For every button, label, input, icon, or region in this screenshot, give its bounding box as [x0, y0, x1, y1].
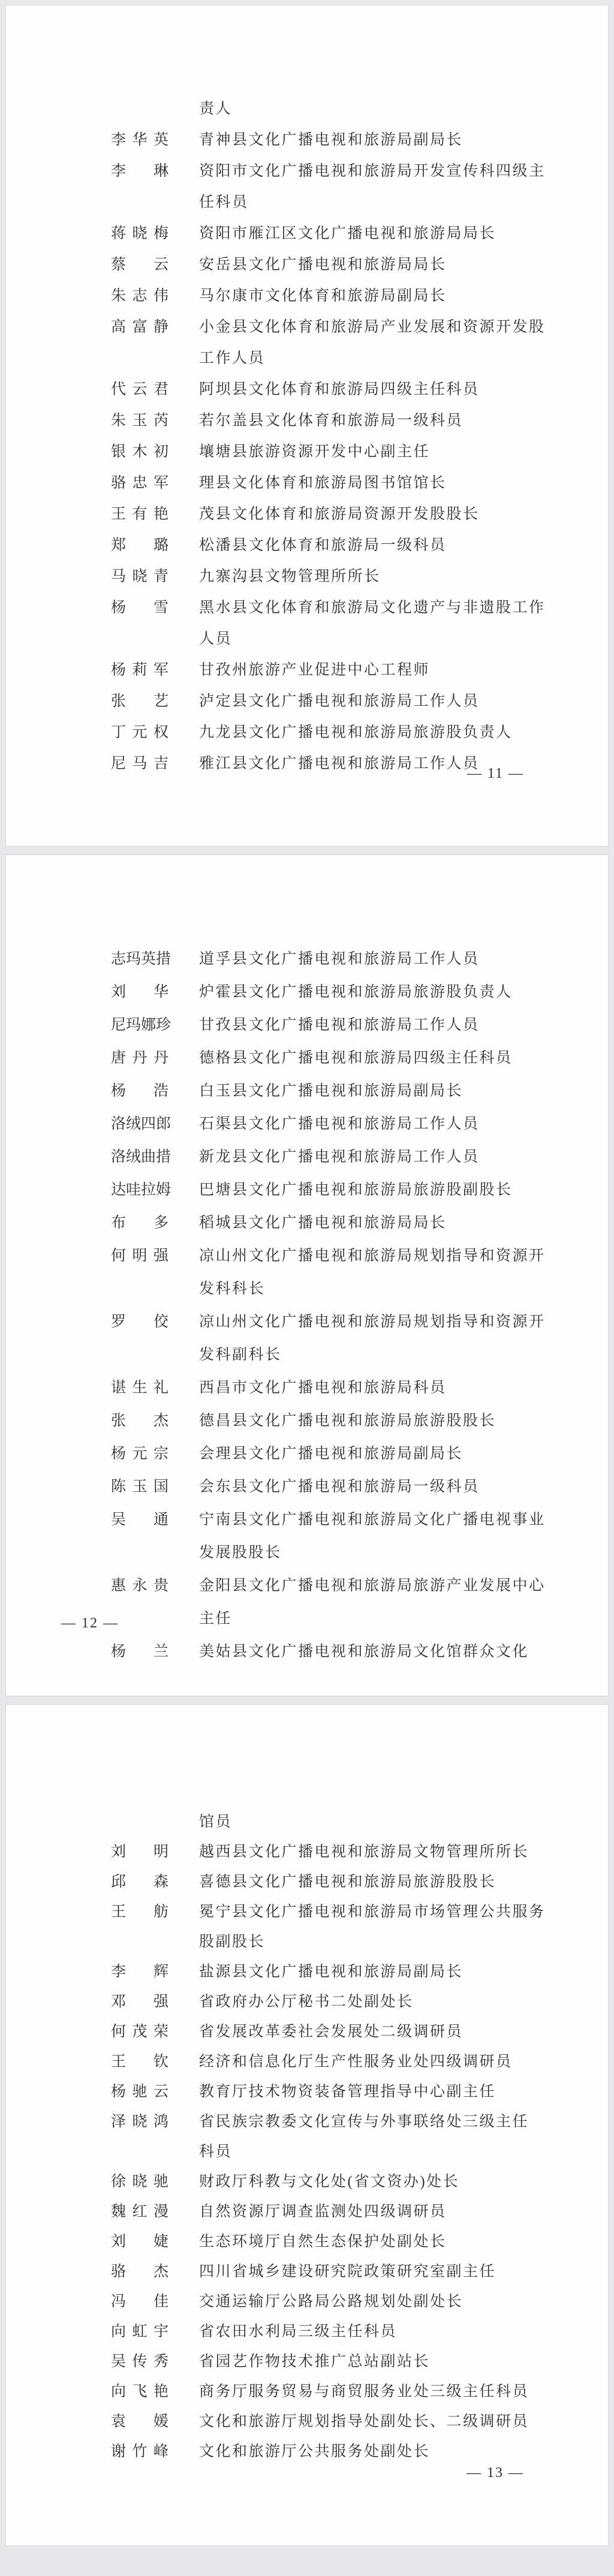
entry-name-char: 漫 — [153, 2204, 168, 2219]
entry-name: 何明强 — [111, 1248, 168, 1263]
entry-name-char: 贵 — [153, 1578, 168, 1593]
entry-name-char: 玛 — [126, 1018, 141, 1033]
entry-name: 陈玉国 — [111, 1479, 168, 1494]
entry-row: 科员 — [6, 2136, 608, 2166]
entry-row: 志玛英措道孚县文化广播电视和旅游局工作人员 — [6, 943, 608, 976]
entry-name-char: 蒋 — [111, 226, 126, 241]
entry-name-char: 银 — [111, 444, 126, 459]
entry-row: 责人 — [6, 93, 608, 124]
entry-title-line: 省发展改革委社会发展处二级调研员 — [199, 2024, 463, 2039]
entry-name-char: 荣 — [153, 2024, 168, 2039]
entry-name-char: 杰 — [153, 1413, 168, 1428]
entry-row: 郑璐松潘县文化体育和旅游局一级科员 — [6, 529, 608, 561]
entry-name: 高富静 — [111, 320, 168, 335]
entry-name-char: 何 — [111, 2024, 126, 2039]
entry-name: 王钦 — [111, 2054, 168, 2069]
entry-title-line: 泸定县文化广播电视和旅游局工作人员 — [199, 694, 480, 709]
entry-name-char: 冯 — [111, 2294, 126, 2309]
entry-name-char: 骆 — [111, 476, 126, 490]
entry-name-char: 虹 — [132, 2324, 147, 2339]
entry-row: 丁元权九龙县文化广播电视和旅游局旅游股负责人 — [6, 717, 608, 748]
entry-name: 杨浩 — [111, 1084, 168, 1099]
entry-title-line: 宁南县文化广播电视和旅游局文化广播电视事业 — [199, 1512, 546, 1527]
entry-name: 洛绒曲措 — [111, 1149, 168, 1164]
entry-name-char: 娜 — [141, 1018, 156, 1033]
entry-title-line: 茂县文化体育和旅游局资源开发股股长 — [199, 507, 480, 522]
entry-name-char: 云 — [153, 2084, 168, 2099]
entry-name-char: 吴 — [111, 1512, 126, 1527]
entry-row: 惠永贵金阳县文化广播电视和旅游局旅游产业发展中心 — [6, 1569, 608, 1602]
entry-name: 邓强 — [111, 1994, 168, 2009]
entry-name-char: 晓 — [132, 569, 147, 584]
entry-row: 袁媛文化和旅游厅规划指导处副处长、二级调研员 — [6, 2406, 608, 2436]
entry-name: 尼马吉 — [111, 756, 168, 771]
entry-name: 洛绒四郎 — [111, 1117, 168, 1131]
entry-name-char: 向 — [111, 2324, 126, 2339]
entry-name: 王舫 — [111, 1904, 168, 1919]
entry-name: 向飞艳 — [111, 2384, 168, 2399]
entry-name: 杨元宗 — [111, 1446, 168, 1461]
entry-name-char: 英 — [141, 952, 156, 967]
entry-title-line: 盐源县文化广播电视和旅游局副局长 — [199, 1964, 463, 1979]
entry-name-char: 明 — [153, 1844, 168, 1859]
entry-row: 杨雪黑水县文化体育和旅游局文化遗产与非遗股工作 — [6, 592, 608, 623]
entry-title-line: 安岳县文化广播电视和旅游局局长 — [199, 257, 447, 272]
entry-name-char: 拉 — [141, 1182, 156, 1197]
entry-title-line: 雅江县文化广播电视和旅游局工作人员 — [199, 756, 480, 771]
entry-title-line: 新龙县文化广播电视和旅游局工作人员 — [199, 1149, 480, 1164]
entry-name-char: 云 — [153, 257, 168, 272]
page-number-footer: — 12 — — [61, 1615, 119, 1632]
entry-name: 王有艳 — [111, 507, 168, 522]
entry-title-line: 自然资源厅调查监测处四级调研员 — [199, 2204, 447, 2219]
entry-name-char: 通 — [153, 1512, 168, 1527]
entry-name-char: 志 — [111, 952, 126, 967]
entry-name-char: 舫 — [153, 1904, 168, 1919]
entry-name-char: 佳 — [153, 2294, 168, 2309]
entry-title-line: 会东县文化广播电视和旅游局一级科员 — [199, 1479, 480, 1494]
entry-name-char: 宇 — [153, 2324, 168, 2339]
entry-name-char: 李 — [111, 1964, 126, 1979]
entry-name-char: 马 — [132, 756, 147, 771]
entry-name-char: 刘 — [111, 2234, 126, 2249]
entry-name: 丁元权 — [111, 725, 168, 740]
entry-name: 刘婕 — [111, 2234, 168, 2249]
entry-title-line: 资阳市文化广播电视和旅游局开发宣传科四级主 — [199, 164, 546, 179]
entry-row: 唐丹丹德格县文化广播电视和旅游局四级主任科员 — [6, 1042, 608, 1075]
entries-list: 志玛英措道孚县文化广播电视和旅游局工作人员刘华炉霍县文化广播电视和旅游局旅游股负… — [6, 855, 608, 1668]
entry-title-line: 生态环境厅自然生态保护处副处长 — [199, 2234, 447, 2249]
entry-title-line: 小金县文化体育和旅游局产业发展和资源开发股 — [199, 320, 546, 335]
entry-title-line: 商务厅服务贸易与商贸服务业处三级主任科员 — [199, 2384, 529, 2399]
entry-title-line: 美姑县文化广播电视和旅游局文化馆群众文化 — [199, 1644, 529, 1659]
entry-name: 罗佼 — [111, 1314, 168, 1329]
entry-name-char: 杨 — [111, 1084, 126, 1099]
entry-title-line: 稻城县文化广播电视和旅游局局长 — [199, 1215, 447, 1230]
entry-row: 邓强省政府办公厅秘书二处副处长 — [6, 1987, 608, 2017]
entry-name-char: 宗 — [153, 1446, 168, 1461]
entry-name: 杨兰 — [111, 1644, 168, 1659]
entry-name-char: 青 — [153, 569, 168, 584]
entry-row: 马晓青九寨沟县文物管理所所长 — [6, 561, 608, 592]
entry-name-char: 惠 — [111, 1578, 126, 1593]
entry-row: 发科科长 — [6, 1272, 608, 1305]
entry-name-char: 徐 — [111, 2174, 126, 2189]
entry-title-line: 黑水县文化体育和旅游局文化遗产与非遗股工作 — [199, 600, 546, 615]
page-number-footer: — 11 — — [467, 766, 524, 782]
entry-title-line: 省农田水利局三级主任科员 — [199, 2324, 397, 2339]
entry-title-line: 馆员 — [199, 1814, 232, 1829]
entry-name-char: 艺 — [153, 694, 168, 709]
entry-title-line: 喜德县文化广播电视和旅游局旅游股股长 — [199, 1874, 496, 1889]
entry-name-char: 传 — [132, 2354, 147, 2369]
entry-name-char: 红 — [132, 2204, 147, 2219]
document-viewer: 责人李华英青神县文化广播电视和旅游局副局长李琳资阳市文化广播电视和旅游局开发宣传… — [0, 0, 614, 2568]
entry-name-char: 秀 — [153, 2354, 168, 2369]
entry-title-line: 文化和旅游厅规划指导处副处长、二级调研员 — [199, 2414, 529, 2429]
entry-title-line: 德格县文化广播电视和旅游局四级主任科员 — [199, 1051, 513, 1066]
entry-name-char: 刘 — [111, 985, 126, 1000]
entry-title-line: 发科科长 — [199, 1281, 265, 1296]
entry-name-char: 杨 — [111, 2084, 126, 2099]
entry-name: 泽晓鸿 — [111, 2114, 168, 2129]
entry-row: 尼玛娜珍甘孜县文化广播电视和旅游局工作人员 — [6, 1009, 608, 1042]
entry-name-char: 郎 — [156, 1117, 171, 1131]
entry-row: 布多稻城县文化广播电视和旅游局局长 — [6, 1206, 608, 1239]
entry-name-char: 艳 — [153, 2384, 168, 2399]
entry-row: 发展股股长 — [6, 1536, 608, 1569]
entry-name-char: 玉 — [132, 1479, 147, 1494]
entry-name-char: 罗 — [111, 1314, 126, 1329]
entry-name-char: 婕 — [153, 2234, 168, 2249]
entry-row: 刘婕生态环境厅自然生态保护处副处长 — [6, 2226, 608, 2256]
entry-name: 达哇拉姆 — [111, 1182, 168, 1197]
entry-name-char: 初 — [153, 444, 168, 459]
entry-row: 谌生礼西昌市文化广播电视和旅游局科员 — [6, 1371, 608, 1404]
entry-name-char: 刘 — [111, 1844, 126, 1859]
entry-name-char: 洛 — [111, 1149, 126, 1164]
entry-name-char: 唐 — [111, 1051, 126, 1066]
entry-name-char: 杰 — [153, 2264, 168, 2279]
entry-name-char: 郑 — [111, 538, 126, 553]
entry-name-char: 王 — [111, 1904, 126, 1919]
entry-name-char: 珍 — [156, 1018, 171, 1033]
entry-title-line: 科员 — [199, 2144, 232, 2159]
entry-name: 吴传秀 — [111, 2354, 168, 2369]
entry-row: 代云君阿坝县文化体育和旅游局四级主任科员 — [6, 374, 608, 405]
entry-name: 谌生礼 — [111, 1380, 168, 1395]
entry-name: 骆忠军 — [111, 476, 168, 490]
entry-row: 高富静小金县文化体育和旅游局产业发展和资源开发股 — [6, 311, 608, 342]
entry-name: 刘明 — [111, 1844, 168, 1859]
entry-name-char: 达 — [111, 1182, 126, 1197]
entry-row: 人员 — [6, 623, 608, 654]
entry-name-char: 朱 — [111, 288, 126, 303]
entry-name-char: 杨 — [111, 1446, 126, 1461]
entry-name-char: 谢 — [111, 2444, 126, 2459]
entry-title-line: 财政厅科教与文化处(省文资办)处长 — [199, 2174, 459, 2189]
entry-name-char: 绒 — [126, 1117, 141, 1131]
entry-title-line: 省园艺作物技术推广总站副站长 — [199, 2354, 430, 2369]
entry-row: 罗佼凉山州文化广播电视和旅游局规划指导和资源开 — [6, 1305, 608, 1338]
entry-row: 朱玉芮若尔盖县文化体育和旅游局一级科员 — [6, 405, 608, 436]
entry-row: 骆忠军理县文化体育和旅游局图书馆馆长 — [6, 467, 608, 498]
entry-name-char: 邓 — [111, 1994, 126, 2009]
entry-name: 志玛英措 — [111, 952, 168, 967]
entry-name-char: 王 — [111, 507, 126, 522]
entry-title-line: 甘孜县文化广播电视和旅游局工作人员 — [199, 1018, 480, 1033]
entry-name: 冯佳 — [111, 2294, 168, 2309]
entry-title-line: 责人 — [199, 101, 232, 116]
entry-name-char: 向 — [111, 2384, 126, 2399]
entry-name: 杨雪 — [111, 600, 168, 615]
page-12: 志玛英措道孚县文化广播电视和旅游局工作人员刘华炉霍县文化广播电视和旅游局旅游股负… — [5, 854, 609, 1696]
entry-name-char: 辉 — [153, 1964, 168, 1979]
entry-name-char: 驰 — [132, 2084, 147, 2099]
entry-name-char: 李 — [111, 164, 126, 179]
entry-name-char: 谌 — [111, 1380, 126, 1395]
entry-name: 银木初 — [111, 444, 168, 459]
entry-title-line: 经济和信息化厅生产性服务业处四级调研员 — [199, 2054, 513, 2069]
entry-name-char: 丹 — [153, 1051, 168, 1066]
entries-list: 责人李华英青神县文化广播电视和旅游局副局长李琳资阳市文化广播电视和旅游局开发宣传… — [6, 5, 608, 779]
entry-name-char: 晓 — [132, 2174, 147, 2189]
page-number-footer: — 13 — — [466, 2465, 524, 2481]
entry-name: 马晓青 — [111, 569, 168, 584]
entry-title-line: 九龙县文化广播电视和旅游局旅游股负责人 — [199, 725, 513, 740]
entry-name-char: 莉 — [132, 663, 147, 678]
entry-name-char: 四 — [141, 1117, 156, 1131]
entry-title-line: 会理县文化广播电视和旅游局副局长 — [199, 1446, 463, 1461]
entry-name-char: 佼 — [153, 1314, 168, 1329]
entry-title-line: 松潘县文化体育和旅游局一级科员 — [199, 538, 447, 553]
entry-title-line: 发科副科长 — [199, 1347, 282, 1362]
entry-name: 魏红漫 — [111, 2204, 168, 2219]
entry-title-line: 巴塘县文化广播电视和旅游局旅游股副股长 — [199, 1182, 513, 1197]
entry-title-line: 甘孜州旅游产业促进中心工程师 — [199, 663, 430, 678]
entry-name: 刘华 — [111, 985, 168, 1000]
entry-title-line: 省民族宗教委文化宣传与外事联络处三级主任 — [199, 2114, 529, 2129]
entry-name-char: 鸿 — [153, 2114, 168, 2129]
entry-name-char: 浩 — [153, 1084, 168, 1099]
entry-name-char: 骆 — [111, 2264, 126, 2279]
entry-row: 达哇拉姆巴塘县文化广播电视和旅游局旅游股副股长 — [6, 1173, 608, 1206]
entry-name: 李辉 — [111, 1964, 168, 1979]
entry-name: 李琳 — [111, 164, 168, 179]
entry-name: 袁媛 — [111, 2414, 168, 2429]
entry-name-char: 伟 — [153, 288, 168, 303]
entry-row: 杨浩白玉县文化广播电视和旅游局副局长 — [6, 1075, 608, 1108]
entry-row: 谢竹峰文化和旅游厅公共服务处副处长 — [6, 2436, 608, 2466]
entry-title-line: 教育厅技术物资装备管理指导中心副主任 — [199, 2084, 496, 2099]
entry-row: 任科员 — [6, 186, 608, 218]
entry-title-line: 冕宁县文化广播电视和旅游局市场管理公共服务 — [199, 1904, 546, 1919]
entry-name-char: 张 — [111, 694, 126, 709]
entry-name-char: 张 — [111, 1413, 126, 1428]
entry-name-char: 志 — [132, 288, 147, 303]
entry-name-char: 钦 — [153, 2054, 168, 2069]
entry-title-line: 阿坝县文化体育和旅游局四级主任科员 — [199, 382, 480, 397]
entry-name: 蒋晓梅 — [111, 226, 168, 241]
entry-name-char: 丁 — [111, 725, 126, 740]
entry-name-char: 代 — [111, 382, 126, 397]
entry-name-char: 尼 — [111, 1018, 126, 1033]
entry-name-char: 李 — [111, 133, 126, 148]
entry-row: 李辉盐源县文化广播电视和旅游局副局长 — [6, 1957, 608, 1987]
entry-name-char: 朱 — [111, 413, 126, 428]
entry-row: 李华英青神县文化广播电视和旅游局副局长 — [6, 124, 608, 155]
entry-title-line: 发展股股长 — [199, 1545, 282, 1560]
entry-row: 刘华炉霍县文化广播电视和旅游局旅游股负责人 — [6, 976, 608, 1009]
entry-title-line: 白玉县文化广播电视和旅游局副局长 — [199, 1084, 463, 1099]
entry-name-char: 永 — [132, 1578, 147, 1593]
entry-title-line: 石渠县文化广播电视和旅游局工作人员 — [199, 1117, 480, 1131]
entry-name-char: 洛 — [111, 1117, 126, 1131]
entry-name-char: 元 — [132, 1446, 147, 1461]
entry-name-char: 礼 — [153, 1380, 168, 1395]
entry-title-line: 道孚县文化广播电视和旅游局工作人员 — [199, 952, 480, 967]
entry-row: 李琳资阳市文化广播电视和旅游局开发宣传科四级主 — [6, 155, 608, 186]
entries-list: 馆员刘明越西县文化广播电视和旅游局文物管理所所长邱森喜德县文化广播电视和旅游局旅… — [6, 1705, 608, 2466]
entry-row: 冯佳交通运输厅公路局公路规划处副处长 — [6, 2286, 608, 2316]
entry-name-char: 生 — [132, 1380, 147, 1395]
entry-row: 杨莉军甘孜州旅游产业促进中心工程师 — [6, 654, 608, 685]
entry-row: 王舫冕宁县文化广播电视和旅游局市场管理公共服务 — [6, 1897, 608, 1927]
entry-row: 骆杰四川省城乡建设研究院政策研究室副主任 — [6, 2256, 608, 2286]
entry-row: 张艺泸定县文化广播电视和旅游局工作人员 — [6, 685, 608, 717]
entry-name: 布多 — [111, 1215, 168, 1230]
entry-name-char: 布 — [111, 1215, 126, 1230]
entry-name: 郑璐 — [111, 538, 168, 553]
entry-name-char: 玉 — [132, 413, 147, 428]
entry-name-char: 陈 — [111, 1479, 126, 1494]
entry-name: 徐晓驰 — [111, 2174, 168, 2189]
entry-name-char: 丹 — [132, 1051, 147, 1066]
entry-name-char: 玛 — [126, 952, 141, 967]
entry-title-line: 人员 — [199, 631, 232, 646]
entry-name-char: 静 — [153, 320, 168, 335]
entry-name-char: 梅 — [153, 226, 168, 241]
entry-row: 发科副科长 — [6, 1338, 608, 1371]
entry-name-char: 姆 — [156, 1182, 171, 1197]
entry-name-char: 军 — [153, 476, 168, 490]
entry-title-line: 理县文化体育和旅游局图书馆馆长 — [199, 476, 447, 490]
entry-row: 银木初壤塘县旅游资源开发中心副主任 — [6, 436, 608, 467]
entry-row: 陈玉国会东县文化广播电视和旅游局一级科员 — [6, 1470, 608, 1503]
entry-name-char: 强 — [153, 1248, 168, 1263]
entry-name-char: 措 — [156, 1149, 171, 1164]
entry-name-char: 飞 — [132, 2384, 147, 2399]
entry-name: 杨驰云 — [111, 2084, 168, 2099]
entry-name-char: 驰 — [153, 2174, 168, 2189]
entry-row: 蔡云安岳县文化广播电视和旅游局局长 — [6, 249, 608, 280]
entry-name-char: 蔡 — [111, 257, 126, 272]
entry-name-char: 王 — [111, 2054, 126, 2069]
entry-row: 股副股长 — [6, 1927, 608, 1957]
entry-row: 刘明越西县文化广播电视和旅游局文物管理所所长 — [6, 1837, 608, 1867]
entry-title-line: 青神县文化广播电视和旅游局副局长 — [199, 133, 463, 148]
page-11: 责人李华英青神县文化广播电视和旅游局副局长李琳资阳市文化广播电视和旅游局开发宣传… — [5, 5, 609, 847]
entry-row: 王钦经济和信息化厅生产性服务业处四级调研员 — [6, 2047, 608, 2077]
entry-name: 何茂荣 — [111, 2024, 168, 2039]
entry-title-line: 资阳市雁江区文化广播电视和旅游局局长 — [199, 226, 496, 241]
entry-name-char: 杨 — [111, 663, 126, 678]
entry-title-line: 越西县文化广播电视和旅游局文物管理所所长 — [199, 1844, 529, 1859]
entry-name: 向虹宇 — [111, 2324, 168, 2339]
page-13: 馆员刘明越西县文化广播电视和旅游局文物管理所所长邱森喜德县文化广播电视和旅游局旅… — [5, 1704, 609, 2546]
entry-title-line: 凉山州文化广播电视和旅游局规划指导和资源开 — [199, 1248, 546, 1263]
entry-name-char: 忠 — [132, 476, 147, 490]
entry-name-char: 君 — [153, 382, 168, 397]
entry-row: 杨兰美姑县文化广播电视和旅游局文化馆群众文化 — [6, 1635, 608, 1668]
entry-name-char: 杨 — [111, 1644, 126, 1659]
entry-name-char: 军 — [153, 663, 168, 678]
entry-title-line: 省政府办公厅秘书二处副处长 — [199, 1994, 414, 2009]
entry-title-line: 德昌县文化广播电视和旅游局旅游股股长 — [199, 1413, 496, 1428]
entry-row: 张杰德昌县文化广播电视和旅游局旅游股股长 — [6, 1404, 608, 1437]
entry-name: 谢竹峰 — [111, 2444, 168, 2459]
entry-row: 杨驰云教育厅技术物资装备管理指导中心副主任 — [6, 2077, 608, 2106]
entry-name: 唐丹丹 — [111, 1051, 168, 1066]
entry-name-char: 杨 — [111, 600, 126, 615]
entry-title-line: 文化和旅游厅公共服务处副处长 — [199, 2444, 430, 2459]
entry-name-char: 有 — [132, 507, 147, 522]
entry-row: 吴通宁南县文化广播电视和旅游局文化广播电视事业 — [6, 1503, 608, 1536]
entry-name-char: 袁 — [111, 2414, 126, 2429]
entry-name-char: 强 — [153, 1994, 168, 2009]
entry-name-char: 森 — [153, 1874, 168, 1889]
entry-row: 蒋晓梅资阳市雁江区文化广播电视和旅游局局长 — [6, 218, 608, 249]
entry-row: 洛绒曲措新龙县文化广播电视和旅游局工作人员 — [6, 1140, 608, 1173]
entry-row: 邱森喜德县文化广播电视和旅游局旅游股股长 — [6, 1867, 608, 1897]
entry-name: 骆杰 — [111, 2264, 168, 2279]
entry-name: 吴通 — [111, 1512, 168, 1527]
entry-title-line: 任科员 — [199, 195, 249, 210]
entry-title-line: 西昌市文化广播电视和旅游局科员 — [199, 1380, 447, 1395]
entry-row: 杨元宗会理县文化广播电视和旅游局副局长 — [6, 1437, 608, 1470]
entry-name-char: 媛 — [153, 2414, 168, 2429]
entry-row: 泽晓鸿省民族宗教委文化宣传与外事联络处三级主任 — [6, 2106, 608, 2136]
entry-name-char: 权 — [153, 725, 168, 740]
entry-name-char: 雪 — [153, 600, 168, 615]
entry-name-char: 元 — [132, 725, 147, 740]
entry-name-char: 马 — [111, 569, 126, 584]
entry-name-char: 国 — [153, 1479, 168, 1494]
entry-name-char: 吉 — [153, 756, 168, 771]
entry-name-char: 芮 — [153, 413, 168, 428]
entry-row: 吴传秀省园艺作物技术推广总站副站长 — [6, 2346, 608, 2376]
entry-name: 代云君 — [111, 382, 168, 397]
entry-name-char: 魏 — [111, 2204, 126, 2219]
entry-name-char: 茂 — [132, 2024, 147, 2039]
entry-name-char: 华 — [153, 985, 168, 1000]
entry-name-char: 云 — [132, 382, 147, 397]
entry-name-char: 措 — [156, 952, 171, 967]
entry-row: 魏红漫自然资源厅调查监测处四级调研员 — [6, 2196, 608, 2226]
entry-name-char: 兰 — [153, 1644, 168, 1659]
entry-row: 徐晓驰财政厅科教与文化处(省文资办)处长 — [6, 2166, 608, 2196]
entry-title-line: 若尔盖县文化体育和旅游局一级科员 — [199, 413, 463, 428]
entry-row: 馆员 — [6, 1807, 608, 1837]
entry-name-char: 多 — [153, 1215, 168, 1230]
entry-title-line: 马尔康市文化体育和旅游局副局长 — [199, 288, 447, 303]
entry-name-char: 吴 — [111, 2354, 126, 2369]
entry-title-line: 金阳县文化广播电视和旅游局旅游产业发展中心 — [199, 1578, 546, 1593]
entry-name-char: 明 — [132, 1248, 147, 1263]
entry-name: 邱森 — [111, 1874, 168, 1889]
entry-name-char: 绒 — [126, 1149, 141, 1164]
entry-name-char: 竹 — [132, 2444, 147, 2459]
